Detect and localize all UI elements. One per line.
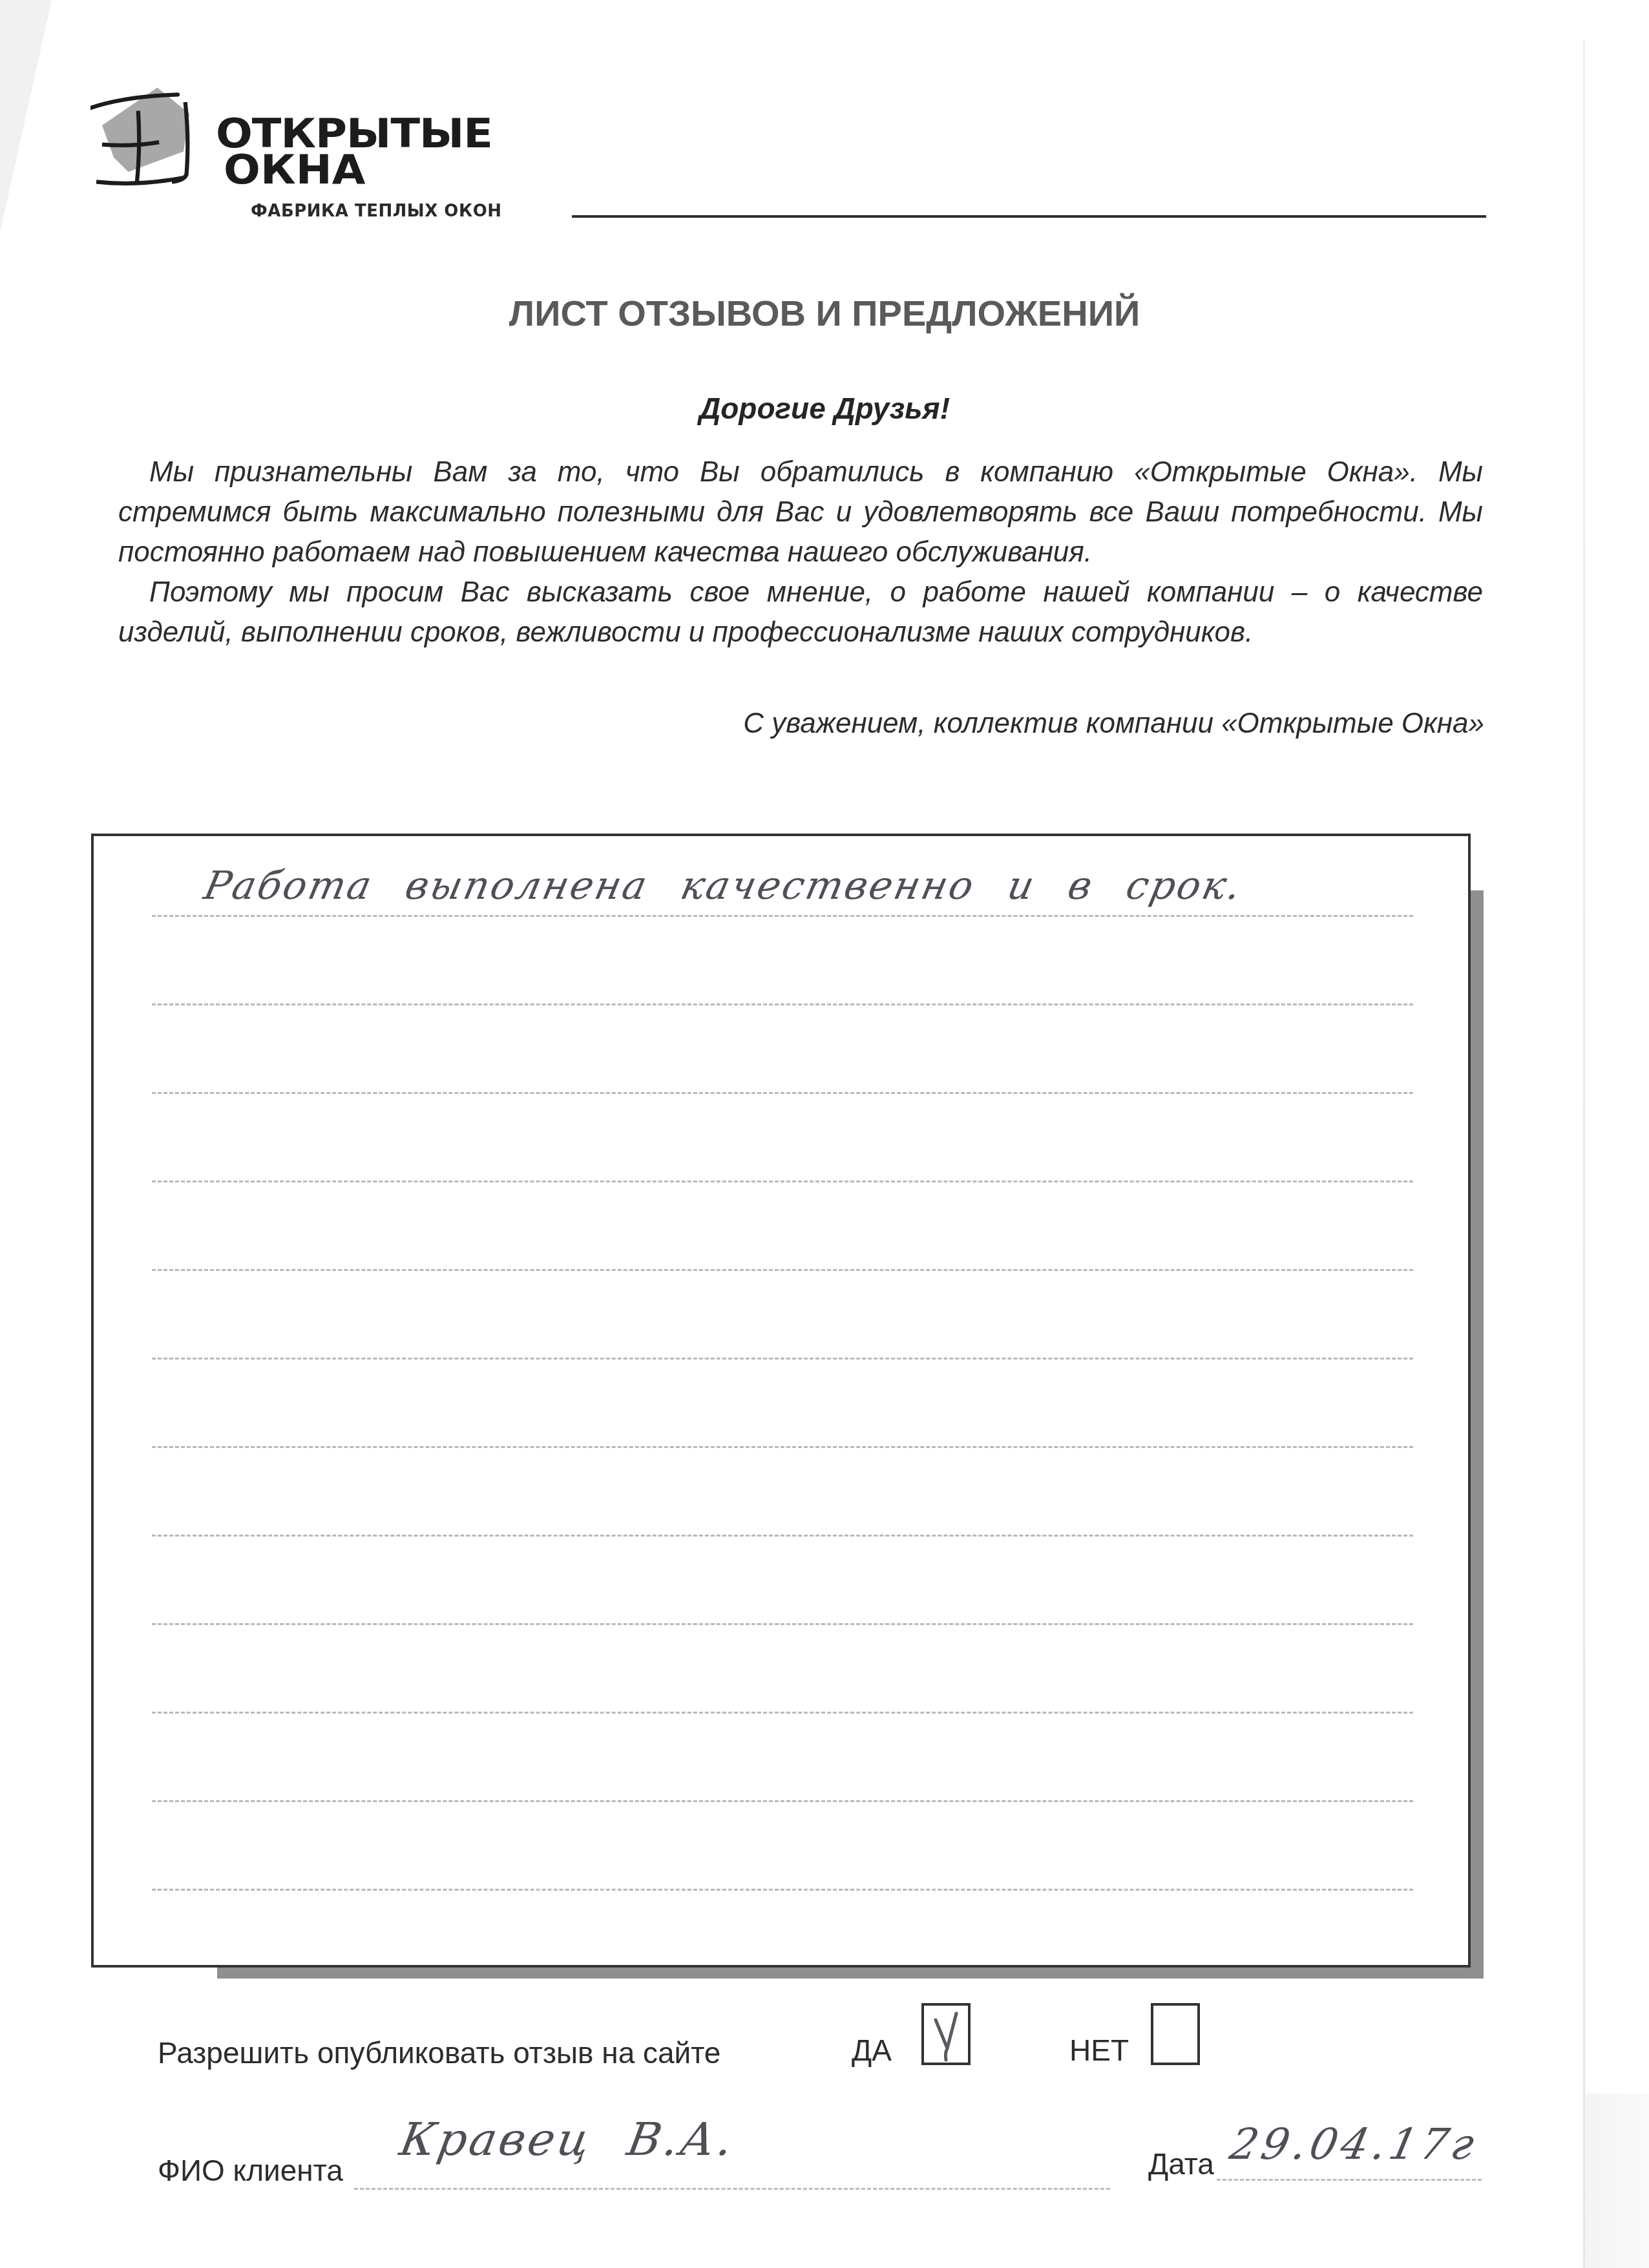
signoff: С уважением, коллектив компании «Открыты… — [743, 708, 1484, 740]
ruled-line — [152, 1269, 1413, 1271]
logo-tagline: ФАБРИКА ТЕПЛЫХ ОКОН — [251, 202, 502, 221]
date-value: 29.04.17г — [1226, 2119, 1483, 2169]
ruled-line — [152, 1535, 1413, 1537]
client-name-value: Кравец В.А. — [396, 2113, 739, 2166]
page-title: ЛИСТ ОТЗЫВОВ И ПРЕДЛОЖЕНИЙ — [0, 292, 1649, 334]
ruled-line — [152, 1623, 1413, 1625]
intro-paragraph: Поэтому мы просим Вас высказать свое мне… — [118, 572, 1483, 653]
greeting: Дорогие Друзья! — [0, 391, 1649, 426]
handwritten-check-icon — [930, 2011, 963, 2063]
ruled-line — [152, 1181, 1413, 1182]
handwritten-feedback: Работа выполнена качественно и в срок. — [200, 863, 1247, 908]
scan-shade — [1585, 2094, 1649, 2268]
logo-wordmark-line2: ОКНА — [224, 150, 366, 190]
ruled-line — [152, 1003, 1413, 1005]
publish-consent-label: Разрешить опубликовать отзыв на сайте — [158, 2035, 720, 2070]
ruled-line — [152, 1446, 1413, 1448]
feedback-text-area[interactable]: Работа выполнена качественно и в срок. — [91, 834, 1471, 1968]
intro-text: Мы признательны Вам за то, что Вы обрати… — [118, 452, 1483, 653]
scan-shadow-corner — [0, 0, 52, 233]
ruled-line — [152, 1889, 1413, 1891]
ruled-line — [152, 1358, 1413, 1360]
date-label: Дата — [1148, 2147, 1214, 2181]
header-divider — [572, 215, 1486, 218]
client-name-field[interactable] — [354, 2188, 1110, 2190]
ruled-line — [152, 1092, 1413, 1094]
window-frame-logo-icon — [90, 81, 207, 193]
publish-no-checkbox[interactable] — [1151, 2003, 1200, 2065]
ruled-line — [152, 1712, 1413, 1714]
no-label: НЕТ — [1069, 2033, 1129, 2068]
yes-label: ДА — [852, 2033, 892, 2068]
ruled-line — [152, 915, 1413, 917]
date-field[interactable] — [1217, 2179, 1482, 2181]
client-name-label: ФИО клиента — [158, 2153, 343, 2188]
publish-yes-checkbox[interactable] — [921, 2003, 971, 2065]
intro-paragraph: Мы признательны Вам за то, что Вы обрати… — [118, 452, 1483, 572]
scan-page-edge — [1583, 39, 1585, 2268]
ruled-line — [152, 1800, 1413, 1802]
